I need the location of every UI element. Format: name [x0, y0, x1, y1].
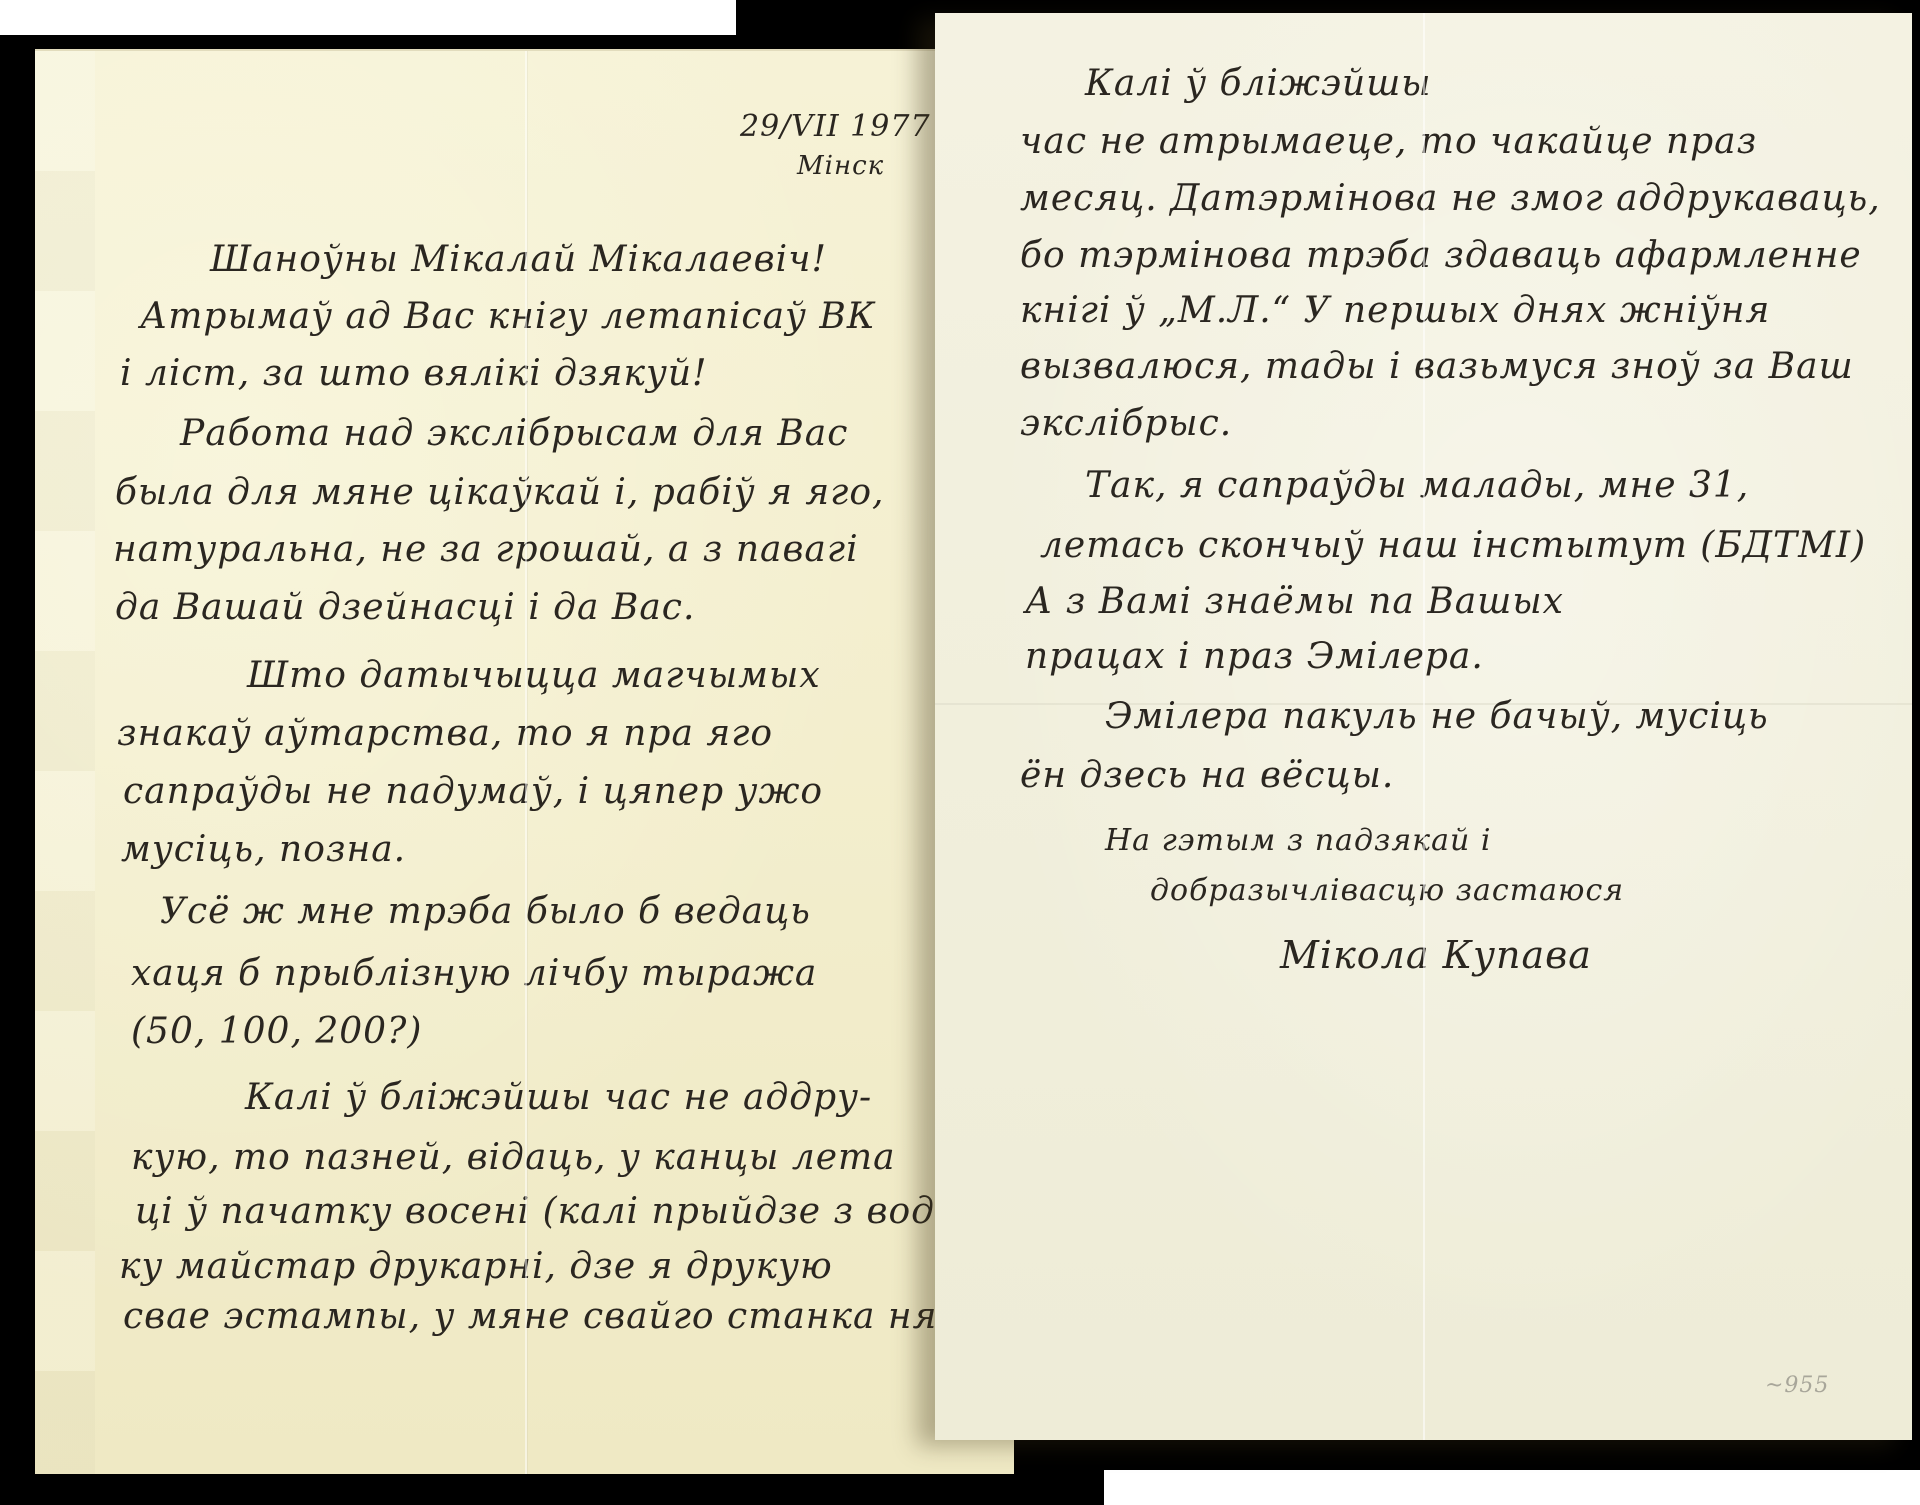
letter-line: Калі ў бліжэйшы час не аддру- [245, 1077, 872, 1118]
signature: Мікола Купава [1280, 933, 1592, 977]
letter-line: ку майстар друкарні, дзе я друкую [119, 1246, 833, 1287]
letter-line: Так, я сапраўды малады, мне 31, [1085, 465, 1749, 506]
scan-margin-bottom-right [1104, 1470, 1920, 1505]
letter-line: знакаў аўтарства, то я пра яго [117, 713, 773, 754]
closing-line: добразычлівасцю застаюся [1150, 873, 1624, 908]
letter-line: хаця б прыблізную лічбу тыража [131, 953, 817, 994]
letter-line: ён дзесь на вёсцы. [1020, 755, 1394, 796]
letter-line: да Вашай дзейнасці і да Вас. [115, 587, 695, 628]
letter-line: экслібрыс. [1020, 403, 1232, 444]
salutation: Шаноўны Мікалай Мікалаевіч! [210, 239, 827, 280]
letter-page-2: Калі ў бліжэйшы час не атрымаеце, то чак… [935, 13, 1912, 1440]
closing-line: На гэтым з падзякай і [1105, 823, 1491, 858]
letter-line: (50, 100, 200?) [131, 1011, 422, 1052]
letter-line: Эмілера пакуль не бачыў, мусіць [1105, 696, 1769, 737]
letter-line: А з Вамі знаёмы па Вашых [1025, 581, 1564, 622]
letter-line: Што датычыцца магчымых [247, 655, 821, 696]
letter-page-1: 29/VII 1977 г. Мінск Шаноўны Мікалай Мік… [35, 49, 1014, 1474]
letter-place: Мінск [797, 151, 884, 181]
letter-line: вызвалюся, тады і вазьмуся зноў за Ваш [1020, 346, 1854, 387]
letter-scan: 29/VII 1977 г. Мінск Шаноўны Мікалай Мік… [0, 0, 1920, 1505]
letter-line: была для мяне цікаўкай і, рабіў я яго, [115, 472, 885, 513]
letter-line: час не атрымаеце, то чакайце праз [1020, 121, 1757, 162]
letter-line: Калі ў бліжэйшы [1085, 63, 1432, 104]
letter-line: летась скончыў наш інстытут (БДТМІ) [1040, 525, 1866, 566]
scan-margin-top-left [0, 0, 736, 35]
letter-line: і ліст, за што вялікі дзякуй! [120, 353, 707, 394]
letter-line: Атрымаў ад Вас кнігу летапісаў ВК [140, 296, 876, 337]
letter-line: свае эстампы, у мяне свайго станка няма) [123, 1296, 1006, 1337]
letter-line: месяц. Датэрмінова не змог аддрукаваць, [1020, 178, 1881, 219]
letter-line: натуральна, не за грошай, а з павагі [113, 529, 859, 570]
letter-line: кнігі ў „М.Л.“ У першых днях жніўня [1020, 290, 1770, 331]
archive-number: ~955 [1765, 1373, 1829, 1398]
letter-line: кую, то пазней, відаць, у канцы лета [131, 1137, 896, 1178]
letter-line: Усё ж мне трэба было б ведаць [160, 891, 811, 932]
letter-line: Работа над экслібрысам для Вас [180, 413, 848, 454]
letter-line: сапраўды не падумаў, і цяпер ужо [123, 771, 823, 812]
letter-line: бо тэрмінова трэба здаваць афармленне [1020, 235, 1862, 276]
letter-line: працах і праз Эмілера. [1025, 636, 1484, 677]
letter-date: 29/VII 1977 г. [740, 109, 968, 144]
letter-line: мусіць, позна. [121, 829, 406, 870]
letter-line: ці ў пачатку восені (калі прыйдзе з водп… [135, 1191, 972, 1232]
